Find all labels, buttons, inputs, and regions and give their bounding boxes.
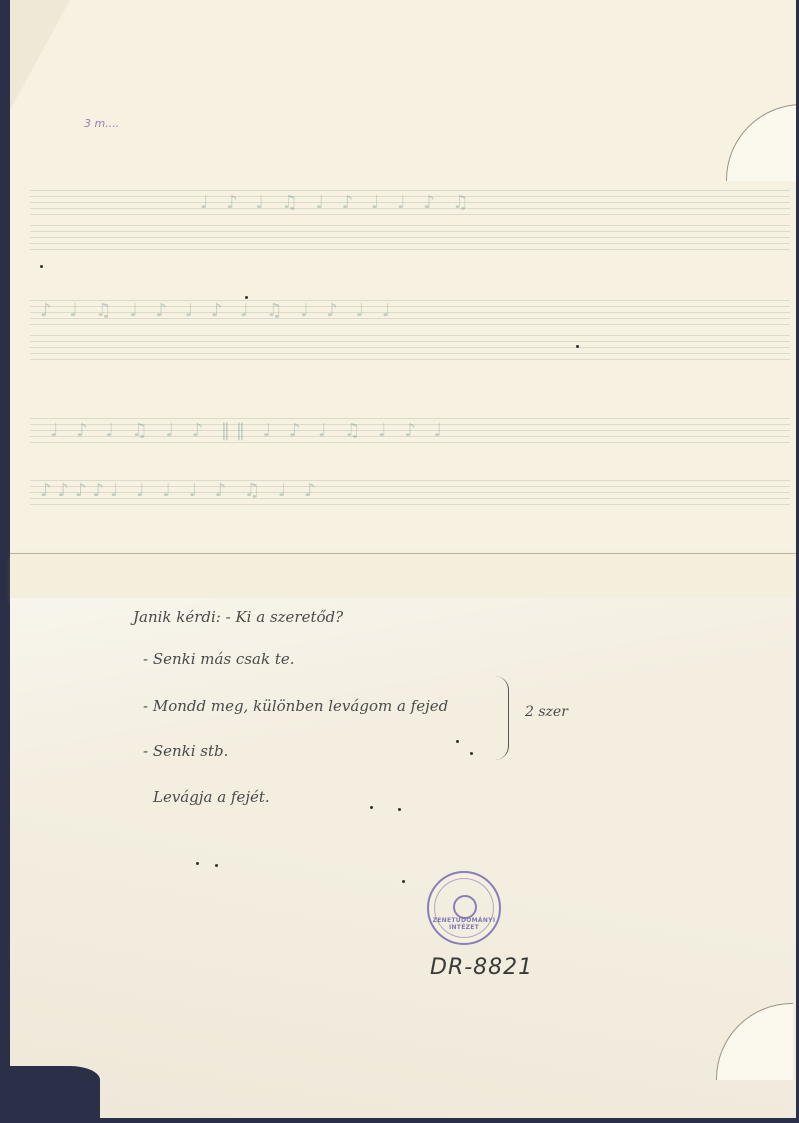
note-line-3: - Mondd meg, különben levágom a fejed xyxy=(143,697,448,715)
note-line-4: - Senki stb. xyxy=(143,742,228,760)
stamp-text: ZENETUDOMÁNYI INTÉZET xyxy=(429,917,499,931)
ink-spot xyxy=(470,752,473,755)
curly-brace xyxy=(494,676,509,760)
ink-spot xyxy=(402,880,405,883)
ink-spot xyxy=(245,296,248,299)
note-line-1: Janik kérdi: - Ki a szeretőd? xyxy=(133,608,343,626)
note-line-2: - Senki más csak te. xyxy=(143,650,295,668)
manuscript-page: 3 m.... ♩ ♪ ♩ ♫ ♩ ♪ ♩ ♩ ♪ ♫ ♪ ♩ ♫ ♩ ♪ ♩ … xyxy=(10,0,799,1118)
institute-stamp: ZENETUDOMÁNYI INTÉZET xyxy=(427,871,501,945)
ink-spot xyxy=(40,265,43,268)
ink-spot xyxy=(196,862,199,865)
ink-spot xyxy=(576,345,579,348)
ghost-notation: ♩ ♪ ♩ ♫ ♩ ♪ ‖‖ ♩ ♪ ♩ ♫ ♩ ♪ ♩ xyxy=(50,420,448,441)
ghost-notation: ♩ ♪ ♩ ♫ ♩ ♪ ♩ ♩ ♪ ♫ xyxy=(200,192,475,213)
ghost-notation: ♪ ♩ ♫ ♩ ♪ ♩ ♪ ♩ ♫ ♩ ♪ ♩ ♩ xyxy=(40,300,396,321)
music-staff xyxy=(30,225,790,251)
upper-music-section: 3 m.... ♩ ♪ ♩ ♫ ♩ ♪ ♩ ♩ ♪ ♫ ♪ ♩ ♫ ♩ ♪ ♩ … xyxy=(10,0,799,555)
stamp-emblem-icon xyxy=(453,895,477,919)
ink-spot xyxy=(398,808,401,811)
note-line-5: Levágja a fejét. xyxy=(153,788,270,806)
repeat-note: 2 szer xyxy=(525,704,568,720)
lower-notes-section xyxy=(10,598,799,1118)
ink-spot xyxy=(215,864,218,867)
ghost-notation: ♪♪♪♪♩ ♩ ♩ ♩ ♪ ♫ ♩ ♪ xyxy=(40,480,322,501)
folded-paper-strip xyxy=(10,553,799,600)
ink-spot xyxy=(370,806,373,809)
torn-corner xyxy=(0,1066,100,1123)
corner-fold xyxy=(10,0,70,110)
music-staff xyxy=(30,335,790,361)
catalog-number: DR-8821 xyxy=(430,955,533,980)
ink-spot xyxy=(456,740,459,743)
purple-annotation: 3 m.... xyxy=(84,117,119,130)
